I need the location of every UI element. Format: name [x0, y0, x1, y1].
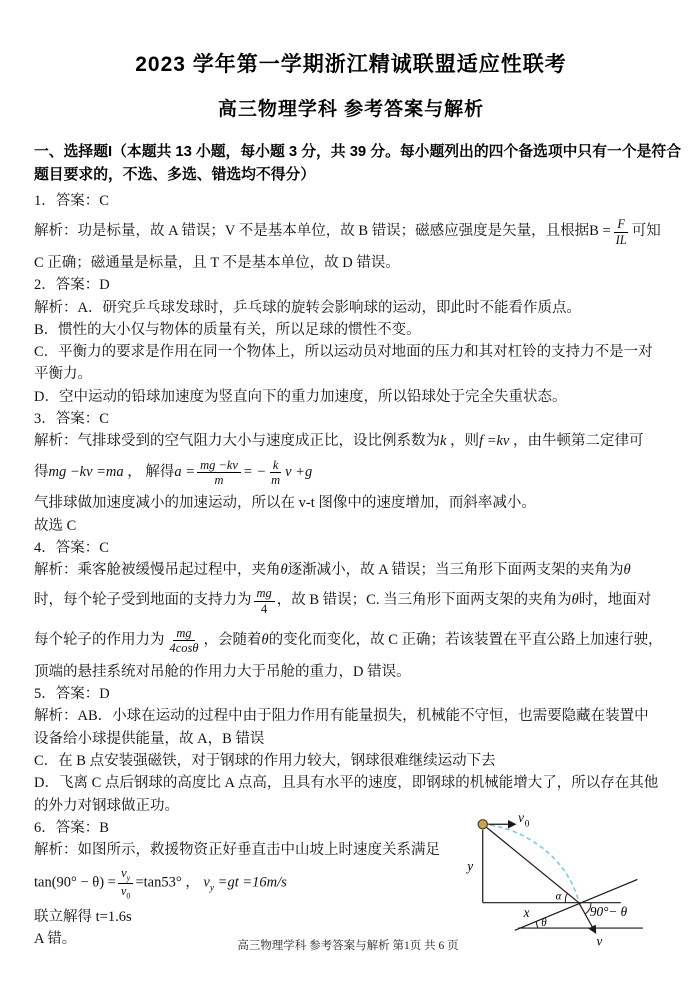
- q4-explanation-line3: 每个轮子的作用力为mg4cosθ，会随着θ的变化而变化，故 C 正确；若该装置在…: [34, 621, 668, 661]
- label-v0: v: [518, 811, 524, 825]
- eq-minus: = −: [243, 464, 266, 480]
- q4-line2-mid: ，故 B 错误；C. 当三角形下面两支架的夹角为: [277, 593, 572, 609]
- q3-answer-line: 3．答案：C: [34, 408, 668, 430]
- label-v0-sub: 0: [525, 819, 530, 829]
- q6-explanation-line1: 解析：如图所示，救援物资正好垂直击中山坡上时速度关系满足: [34, 839, 494, 861]
- var-theta: θ: [281, 562, 288, 578]
- var-theta: θ: [261, 632, 268, 648]
- q1-exp-post: 可知: [632, 223, 661, 239]
- var-theta: θ: [572, 593, 579, 609]
- fraction-F-IL: FIL: [613, 217, 630, 247]
- q1-explanation-line1: 解析：功是标量，故 A 错误；V 不是基本单位，故 B 错误；磁感应强度是矢量，…: [34, 212, 668, 252]
- q4-line2-pre: 时，每个轮子受到地面的支持力为: [34, 593, 252, 609]
- q4-line3-end: 的变化而变化，故 C 正确；若该装置在平直公路上加速行驶，: [269, 632, 663, 648]
- q6-comma: ，: [182, 875, 204, 891]
- q4-line3-mid: ，会随着: [203, 632, 261, 648]
- q4-explanation-line2: 时，每个轮子受到地面的支持力为mg4，故 B 错误；C. 当三角形下面两支架的夹…: [34, 581, 668, 621]
- q5-explanation-line2: 设备给小球提供能量，故 A，B 错误: [34, 728, 668, 750]
- q2-answer-line: 2．答案：D: [34, 274, 668, 296]
- q3-mid1: ，则: [446, 433, 479, 449]
- q6-vy-eq: =gt =16m/s: [214, 875, 287, 891]
- q6-answer-line: 6．答案：B: [34, 817, 494, 839]
- question-block-4: 4．答案：C 解析：乘客舱被缓慢吊起过程中，夹角θ逐渐减小，故 A 错误；当三角…: [34, 537, 668, 683]
- q4-answer-line: 4．答案：C: [34, 537, 668, 559]
- q5-explanation-line3: C．在 B 点安装强磁铁，对于钢球的作用力较大，钢球很难继续运动下去: [34, 750, 668, 772]
- q4-explanation-line4: 顶端的悬挂系统对吊舱的作用力大于吊舱的重力，D 错误。: [34, 661, 668, 683]
- q1-exp-pre: 解析：功是标量，故 A 错误；V 不是基本单位，故 B 错误；磁感应强度是矢量，…: [34, 223, 611, 239]
- q4-line2-end: 时，地面对: [579, 593, 652, 609]
- theta-angle-arc: [536, 921, 538, 928]
- q1-answer-line: 1．答案：C: [34, 190, 668, 212]
- question-block-2: 2．答案：D 解析：A．研究乒乓球发球时，乒乓球的旋转会影响球的运动，即此时不能…: [34, 274, 668, 408]
- q5-answer-line: 5．答案：D: [34, 683, 668, 705]
- section-heading-line2: 题目要求的，不选、多选、错选均不得分）: [34, 164, 668, 187]
- question-block-5: 5．答案：D 解析：AB．小球在运动的过程中由于阻力作用有能量损失，机械能不守恒…: [34, 683, 668, 817]
- fraction-mg-4costheta: mg4cosθ: [167, 626, 202, 656]
- q6-explanation-line3: 联立解得 t=1.6s: [34, 906, 494, 928]
- fraction-vy-v0: vyv0: [118, 866, 134, 901]
- page-footer: 高三物理学科 参考答案与解析 第1页 共 6 页: [0, 937, 696, 953]
- q3-explanation-line1: 解析：气排球受到的空气阻力大小与速度成正比，设比例系数为k ，则f =kv ，由…: [34, 430, 668, 452]
- question-block-6: 6．答案：B 解析：如图所示，救援物资正好垂直击中山坡上时速度关系满足 tan(…: [34, 817, 668, 951]
- fraction-k-m: km: [268, 458, 283, 488]
- displacement-line: [483, 824, 579, 902]
- label-alpha: α: [556, 890, 562, 902]
- section-heading-line1: 一、选择题I（本题共 13 小题，每小题 3 分，共 39 分。每小题列出的四个…: [34, 141, 668, 164]
- q4-line3-pre: 每个轮子的作用力为: [34, 632, 165, 648]
- var-theta: θ: [624, 562, 631, 578]
- q1-explanation-line2: C 正确；磁通量是标量，且 T 不是基本单位，故 D 错误。: [34, 252, 668, 274]
- projectile-ball: [478, 819, 487, 828]
- q3-mid3: ， 解得: [124, 464, 175, 480]
- alpha-angle-arc: [565, 893, 567, 903]
- eq-a: a =: [174, 464, 195, 480]
- eq-mg-kv-ma: mg −kv =ma: [49, 464, 124, 480]
- q6-text-column: 6．答案：B 解析：如图所示，救援物资正好垂直击中山坡上时速度关系满足 tan(…: [34, 817, 494, 951]
- fraction-mgkv-m: mg −kvm: [197, 458, 241, 488]
- q2-explanation-line3: C．平衡力的要求是作用在同一个物体上，所以运动员对地面的压力和其对杠铃的支持力不…: [34, 341, 668, 363]
- eq-v-plus-g: v +g: [285, 464, 312, 480]
- q2-explanation-line1: 解析：A．研究乒乓球发球时，乒乓球的旋转会影响球的运动，即此时不能看作质点。: [34, 297, 668, 319]
- q3-explanation-line4: 故选 C: [34, 515, 668, 537]
- q3-explanation-line3: 气排球做加速度减小的加速运动，所以在 v-t 图像中的速度增加，而斜率减小。: [34, 492, 668, 514]
- q2-explanation-line5: D．空中运动的铅球加速度为竖直向下的重力加速度，所以铅球处于完全失重状态。: [34, 386, 668, 408]
- question-block-1: 1．答案：C 解析：功是标量，故 A 错误；V 不是基本单位，故 B 错误；磁感…: [34, 190, 668, 274]
- label-x: x: [523, 905, 530, 920]
- label-theta: θ: [541, 917, 547, 929]
- q3-mid2: ，由牛顿第二定律可: [509, 433, 643, 449]
- doc-title: 2023 学年第一学期浙江精诚联盟适应性联考: [34, 48, 668, 78]
- question-block-3: 3．答案：C 解析：气排球受到的空气阻力大小与速度成正比，设比例系数为k ，则f…: [34, 408, 668, 537]
- q6-formula-line: tan(90° − θ) =vyv0=tan53° ， vy =gt =16m/…: [34, 861, 494, 906]
- q3-formula-line: 得mg −kv =ma ， 解得a =mg −kvm= −kmv +g: [34, 453, 668, 493]
- q2-explanation-line4: 平衡力。: [34, 363, 668, 385]
- q4-explanation-line1: 解析：乘客舱被缓慢吊起过程中，夹角θ逐渐减小，故 A 错误；当三角形下面两支架的…: [34, 559, 668, 581]
- page-content: 2023 学年第一学期浙江精诚联盟适应性联考 高三物理学科 参考答案与解析 一、…: [34, 48, 668, 951]
- eq-f-kv: f =kv: [479, 433, 509, 449]
- label-y: y: [465, 859, 473, 874]
- label-angle90: 90°− θ: [590, 904, 628, 919]
- q3-line2-pre: 得: [34, 464, 49, 480]
- q3-line1-pre: 解析：气排球受到的空气阻力大小与速度成正比，设比例系数为: [34, 433, 440, 449]
- q4-line1-pre: 解析：乘客舱被缓慢吊起过程中，夹角: [34, 562, 281, 578]
- doc-subtitle: 高三物理学科 参考答案与解析: [34, 94, 668, 121]
- q5-explanation-line1: 解析：AB．小球在运动的过程中由于阻力作用有能量损失，机械能不守恒，也需要隐藏在…: [34, 705, 668, 727]
- q5-explanation-line4: D．飞离 C 点后钢球的高度比 A 点高，且具有水平的速度，即钢球的机械能增大了…: [34, 772, 668, 794]
- fraction-mg-4: mg4: [254, 586, 275, 616]
- answer-sheet-page: 2023 学年第一学期浙江精诚联盟适应性联考 高三物理学科 参考答案与解析 一、…: [0, 0, 696, 983]
- q6-tan-pre: tan(90° − θ) =: [34, 875, 116, 891]
- q2-explanation-line2: B．惯性的大小仅与物体的质量有关，所以足球的惯性不变。: [34, 319, 668, 341]
- q6-tan-post: =tan53°: [135, 875, 181, 891]
- q4-line1-mid: 逐渐减小，故 A 错误；当三角形下面两支架的夹角为: [288, 562, 624, 578]
